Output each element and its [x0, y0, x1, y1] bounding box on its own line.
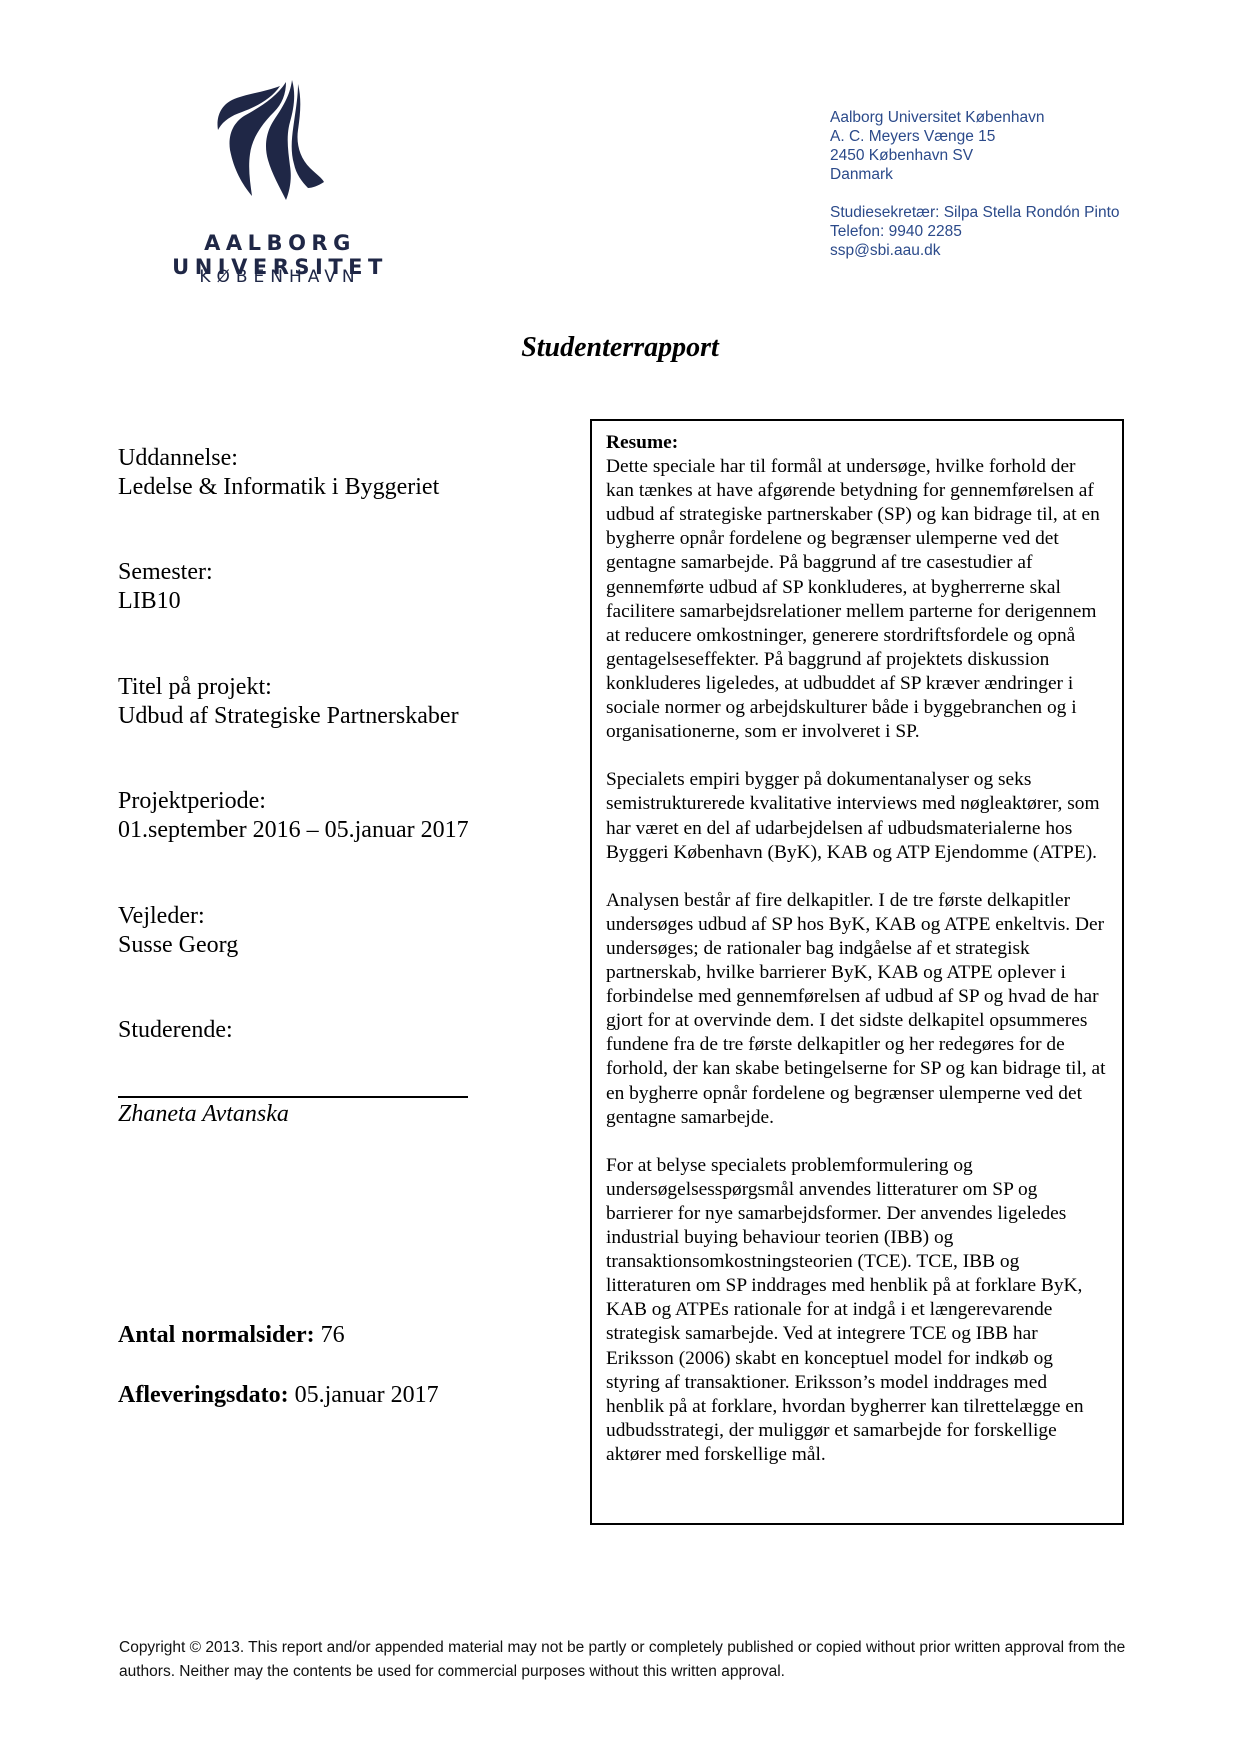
field-project-title: Titel på projekt: Udbud af Strategiske P… [118, 673, 459, 731]
page-count-label: Antal normalsider: [118, 1322, 315, 1348]
field-label: Semester: [118, 558, 213, 587]
contact-address-block: Aalborg Universitet København A. C. Meye… [830, 108, 1120, 260]
field-value: Udbud af Strategiske Partnerskaber [118, 702, 459, 731]
resume-paragraph: Dette speciale har til formål at undersø… [606, 455, 1108, 744]
phone-line: Telefon: 9940 2285 [830, 222, 1120, 241]
field-value: 01.september 2016 – 05.januar 2017 [118, 816, 469, 845]
copyright-notice: Copyright © 2013. This report and/or app… [119, 1636, 1139, 1684]
address-line: Aalborg Universitet København [830, 108, 1120, 127]
email-link[interactable]: ssp@sbi.aau.dk [830, 241, 1120, 260]
address-line: Danmark [830, 165, 1120, 184]
university-campus: KØBENHAVN [110, 267, 450, 287]
field-supervisor: Vejleder: Susse Georg [118, 902, 238, 960]
field-label: Vejleder: [118, 902, 238, 931]
resume-box: Resume: Dette speciale har til formål at… [590, 419, 1124, 1525]
page-count: Antal normalsider: 76 [118, 1321, 345, 1350]
aau-wave-logo-icon [210, 78, 325, 203]
resume-paragraph: Specialets empiri bygger på dokumentanal… [606, 768, 1108, 864]
university-logo: AALBORG UNIVERSITET KØBENHAVN [110, 78, 450, 288]
field-label: Projektperiode: [118, 787, 469, 816]
submission-date-label: Afleveringsdato: [118, 1382, 289, 1408]
page-title: Studenterrapport [0, 332, 1240, 364]
page-count-value: 76 [315, 1322, 345, 1348]
resume-paragraph: Analysen består af fire delkapitler. I d… [606, 889, 1108, 1130]
field-value: Ledelse & Informatik i Byggeriet [118, 473, 439, 502]
submission-date: Afleveringsdato: 05.januar 2017 [118, 1381, 439, 1410]
student-name: Zhaneta Avtanska [118, 1100, 289, 1129]
submission-date-value: 05.januar 2017 [289, 1382, 439, 1408]
field-project-period: Projektperiode: 01.september 2016 – 05.j… [118, 787, 469, 845]
field-education: Uddannelse: Ledelse & Informatik i Bygge… [118, 444, 439, 502]
address-line: 2450 København SV [830, 146, 1120, 165]
field-label: Studerende: [118, 1016, 233, 1045]
field-value: LIB10 [118, 587, 213, 616]
secretary-line: Studiesekretær: Silpa Stella Rondón Pint… [830, 203, 1120, 222]
address-line: A. C. Meyers Vænge 15 [830, 127, 1120, 146]
field-label: Uddannelse: [118, 444, 439, 473]
field-student: Studerende: [118, 1016, 233, 1045]
field-value: Susse Georg [118, 931, 238, 960]
resume-paragraph: For at belyse specialets problemformuler… [606, 1154, 1108, 1467]
field-semester: Semester: LIB10 [118, 558, 213, 616]
field-label: Titel på projekt: [118, 673, 459, 702]
signature-line [118, 1096, 468, 1098]
resume-heading: Resume: [606, 431, 1108, 455]
